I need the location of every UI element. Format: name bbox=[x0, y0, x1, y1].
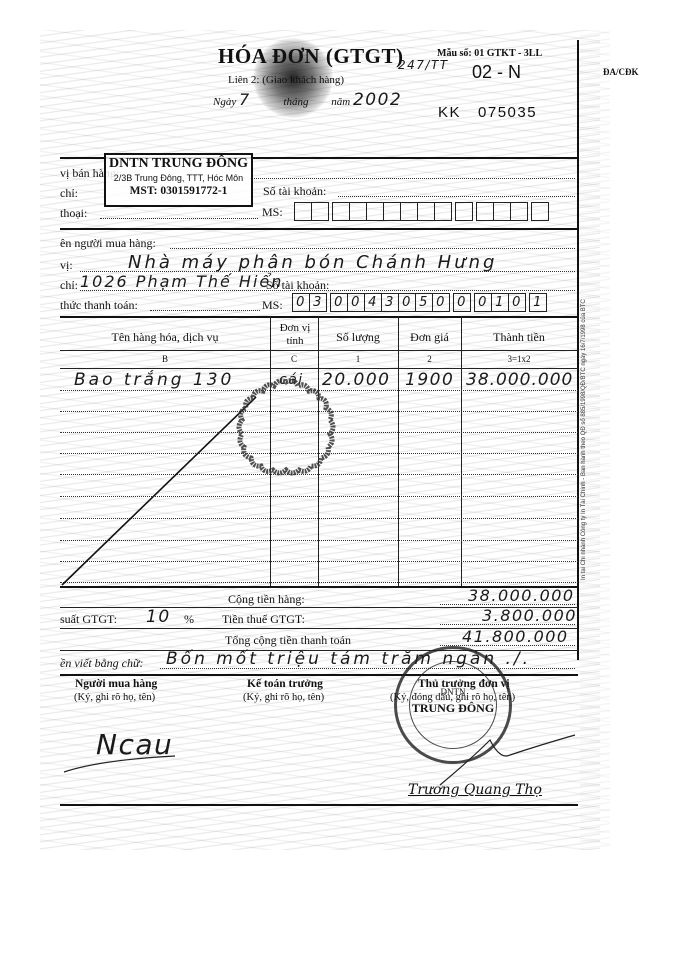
copy-label: Liên 2: (Giao khách hàng) bbox=[228, 74, 344, 86]
ms-digit-box bbox=[493, 202, 511, 221]
seller-phone-label: thoại: bbox=[60, 206, 87, 221]
seller-address-label: chỉ: bbox=[60, 186, 78, 201]
ms-box-group: 03 bbox=[293, 293, 327, 312]
ms-box-group bbox=[333, 202, 452, 221]
col-index-3: 3=1x2 bbox=[461, 354, 577, 364]
ms-digit-box bbox=[311, 202, 329, 221]
table-top-rule bbox=[60, 316, 578, 318]
header-rule bbox=[60, 350, 578, 351]
ms-digit-box: 4 bbox=[364, 293, 382, 312]
seller-stamp-address: 2/3B Trung Đông, TTT, Hóc Môn bbox=[106, 172, 251, 184]
ms-box-group: 1 bbox=[530, 293, 547, 312]
buyer-sign-note: (Ký, ghi rõ họ, tên) bbox=[74, 692, 155, 703]
seal-top-text: DNTN bbox=[397, 687, 509, 697]
col-index-c: C bbox=[270, 354, 318, 364]
date-day: 7 bbox=[239, 90, 251, 109]
seller-phone-line bbox=[100, 218, 258, 219]
buyer-unit-value: Nhà máy phân bón Chánh Hưng bbox=[128, 252, 497, 273]
ms-box-group bbox=[456, 202, 473, 221]
cancel-slash bbox=[60, 395, 260, 590]
buyer-address-value: 1026 Phạm Thế Hiển bbox=[80, 272, 283, 291]
buyer-ms-boxes: 03004305000101 bbox=[293, 293, 551, 312]
ms-digit-box bbox=[531, 202, 549, 221]
date-prefix: Ngày bbox=[213, 96, 236, 108]
frame-bottom-rule bbox=[60, 804, 578, 806]
ms-box-group: 010 bbox=[475, 293, 526, 312]
date-month-label: tháng bbox=[283, 96, 308, 108]
ms-digit-box: 5 bbox=[415, 293, 433, 312]
header-unit: Đơn vị tính bbox=[272, 322, 318, 348]
subtotal-value: 38.000.000 bbox=[468, 586, 575, 605]
ms-digit-box bbox=[366, 202, 384, 221]
grand-total-label: Tổng cộng tiền thanh toán bbox=[225, 633, 351, 648]
ms-digit-box: 0 bbox=[398, 293, 416, 312]
ms-digit-box bbox=[455, 202, 473, 221]
series-code: 02 - N bbox=[472, 62, 521, 83]
seller-stamp-tax: MST: 0301591772-1 bbox=[106, 184, 251, 198]
index-rule bbox=[60, 368, 578, 369]
ms-digit-box bbox=[434, 202, 452, 221]
accountant-sign-note: (Ký, ghi rõ họ, tên) bbox=[243, 692, 324, 703]
buyer-unit-label: vị: bbox=[60, 258, 73, 273]
ms-box-group bbox=[295, 202, 329, 221]
buyer-ms-label: MS: bbox=[262, 298, 283, 313]
amount-in-words-label: ền viết bằng chữ: bbox=[60, 656, 144, 671]
col-index-2: 2 bbox=[398, 354, 461, 364]
ms-box-group: 0043050 bbox=[331, 293, 450, 312]
buyer-address-label: chỉ: bbox=[60, 278, 78, 293]
vat-label: Tiền thuế GTGT: bbox=[222, 612, 305, 627]
header-goods-name: Tên hàng hóa, dịch vụ bbox=[60, 330, 270, 345]
subtotal-label: Cộng tiền hàng: bbox=[228, 592, 305, 607]
row-amount: 38.000.000 bbox=[466, 370, 573, 390]
grand-total-value: 41.800.000 bbox=[462, 627, 569, 646]
handwritten-ref: 247/TT bbox=[398, 58, 449, 72]
director-signature-stroke bbox=[430, 730, 580, 790]
ms-digit-box bbox=[332, 202, 350, 221]
director-name: Trương Quang Thọ bbox=[408, 782, 542, 798]
ms-digit-box: 0 bbox=[474, 293, 492, 312]
vat-value: 3.800.000 bbox=[482, 606, 577, 625]
ms-digit-box: 0 bbox=[347, 293, 365, 312]
col-index-b: B bbox=[60, 354, 270, 364]
ms-digit-box: 0 bbox=[453, 293, 471, 312]
ms-digit-box bbox=[294, 202, 312, 221]
ms-digit-box: 1 bbox=[529, 293, 547, 312]
ms-digit-box bbox=[349, 202, 367, 221]
seller-account-line bbox=[338, 196, 575, 197]
col-index-1: 1 bbox=[318, 354, 398, 364]
ms-box-group bbox=[477, 202, 528, 221]
seller-unit-line bbox=[250, 178, 575, 179]
date-year-label: năm bbox=[331, 96, 350, 108]
ms-digit-box: 0 bbox=[330, 293, 348, 312]
header-amount: Thành tiền bbox=[461, 330, 577, 345]
ms-digit-box bbox=[417, 202, 435, 221]
seller-ms-label: MS: bbox=[262, 205, 283, 220]
row-goods-name: Bao trắng 130 bbox=[74, 370, 234, 390]
margin-note: ĐA/CĐK bbox=[603, 67, 639, 77]
buyer-name-line bbox=[170, 248, 575, 249]
ms-digit-box bbox=[383, 202, 401, 221]
scalloped-seal-icon bbox=[234, 376, 338, 480]
buyer-payment-line bbox=[150, 310, 260, 311]
buyer-signature-stroke bbox=[60, 748, 180, 778]
vat-rate-label: suất GTGT: bbox=[60, 612, 117, 627]
ms-box-group: 0 bbox=[454, 293, 471, 312]
invoice-title: HÓA ĐƠN (GTGT) bbox=[218, 44, 404, 69]
buyer-account-label: Số tài khoản: bbox=[266, 278, 329, 293]
ms-digit-box: 0 bbox=[432, 293, 450, 312]
vat-rate-value: 10 bbox=[146, 607, 171, 627]
ms-digit-box bbox=[510, 202, 528, 221]
invoice-number: KK 075035 bbox=[438, 104, 537, 121]
ms-digit-box: 3 bbox=[381, 293, 399, 312]
seller-stamp: DNTN TRUNG ĐÔNG 2/3B Trung Đông, TTT, Hó… bbox=[104, 153, 253, 207]
ms-digit-box: 3 bbox=[309, 293, 327, 312]
vat-rate-unit: % bbox=[184, 612, 194, 627]
seller-account-label: Số tài khoản: bbox=[263, 184, 326, 199]
buyer-payment-label: thức thanh toán: bbox=[60, 298, 138, 313]
ms-digit-box: 0 bbox=[292, 293, 310, 312]
row-unit-price: 1900 bbox=[405, 370, 454, 390]
ms-digit-box bbox=[400, 202, 418, 221]
seller-section-rule bbox=[60, 228, 578, 230]
header-unit-price: Đơn giá bbox=[398, 330, 461, 345]
form-code: Mẫu số: 01 GTKT - 3LL bbox=[437, 48, 542, 59]
seller-stamp-name: DNTN TRUNG ĐÔNG bbox=[106, 156, 251, 172]
date-year: 2002 bbox=[353, 90, 402, 110]
ms-digit-box: 0 bbox=[508, 293, 526, 312]
date-line: Ngày 7 tháng năm 2002 bbox=[213, 90, 402, 110]
ms-box-group bbox=[532, 202, 549, 221]
seal-name: TRUNG ĐÔNG bbox=[397, 701, 509, 716]
buyer-name-label: ên người mua hàng: bbox=[60, 236, 156, 251]
ms-digit-box: 1 bbox=[491, 293, 509, 312]
buyer-sign-title: Người mua hàng bbox=[75, 678, 157, 690]
printer-side-note: In tại Chi nhánh Công ty In Tài Chính - … bbox=[581, 250, 593, 580]
accountant-sign-title: Kế toán trưởng bbox=[247, 678, 323, 690]
ms-digit-box bbox=[476, 202, 494, 221]
seller-ms-boxes bbox=[295, 202, 553, 221]
header-quantity: Số lượng bbox=[318, 330, 398, 345]
